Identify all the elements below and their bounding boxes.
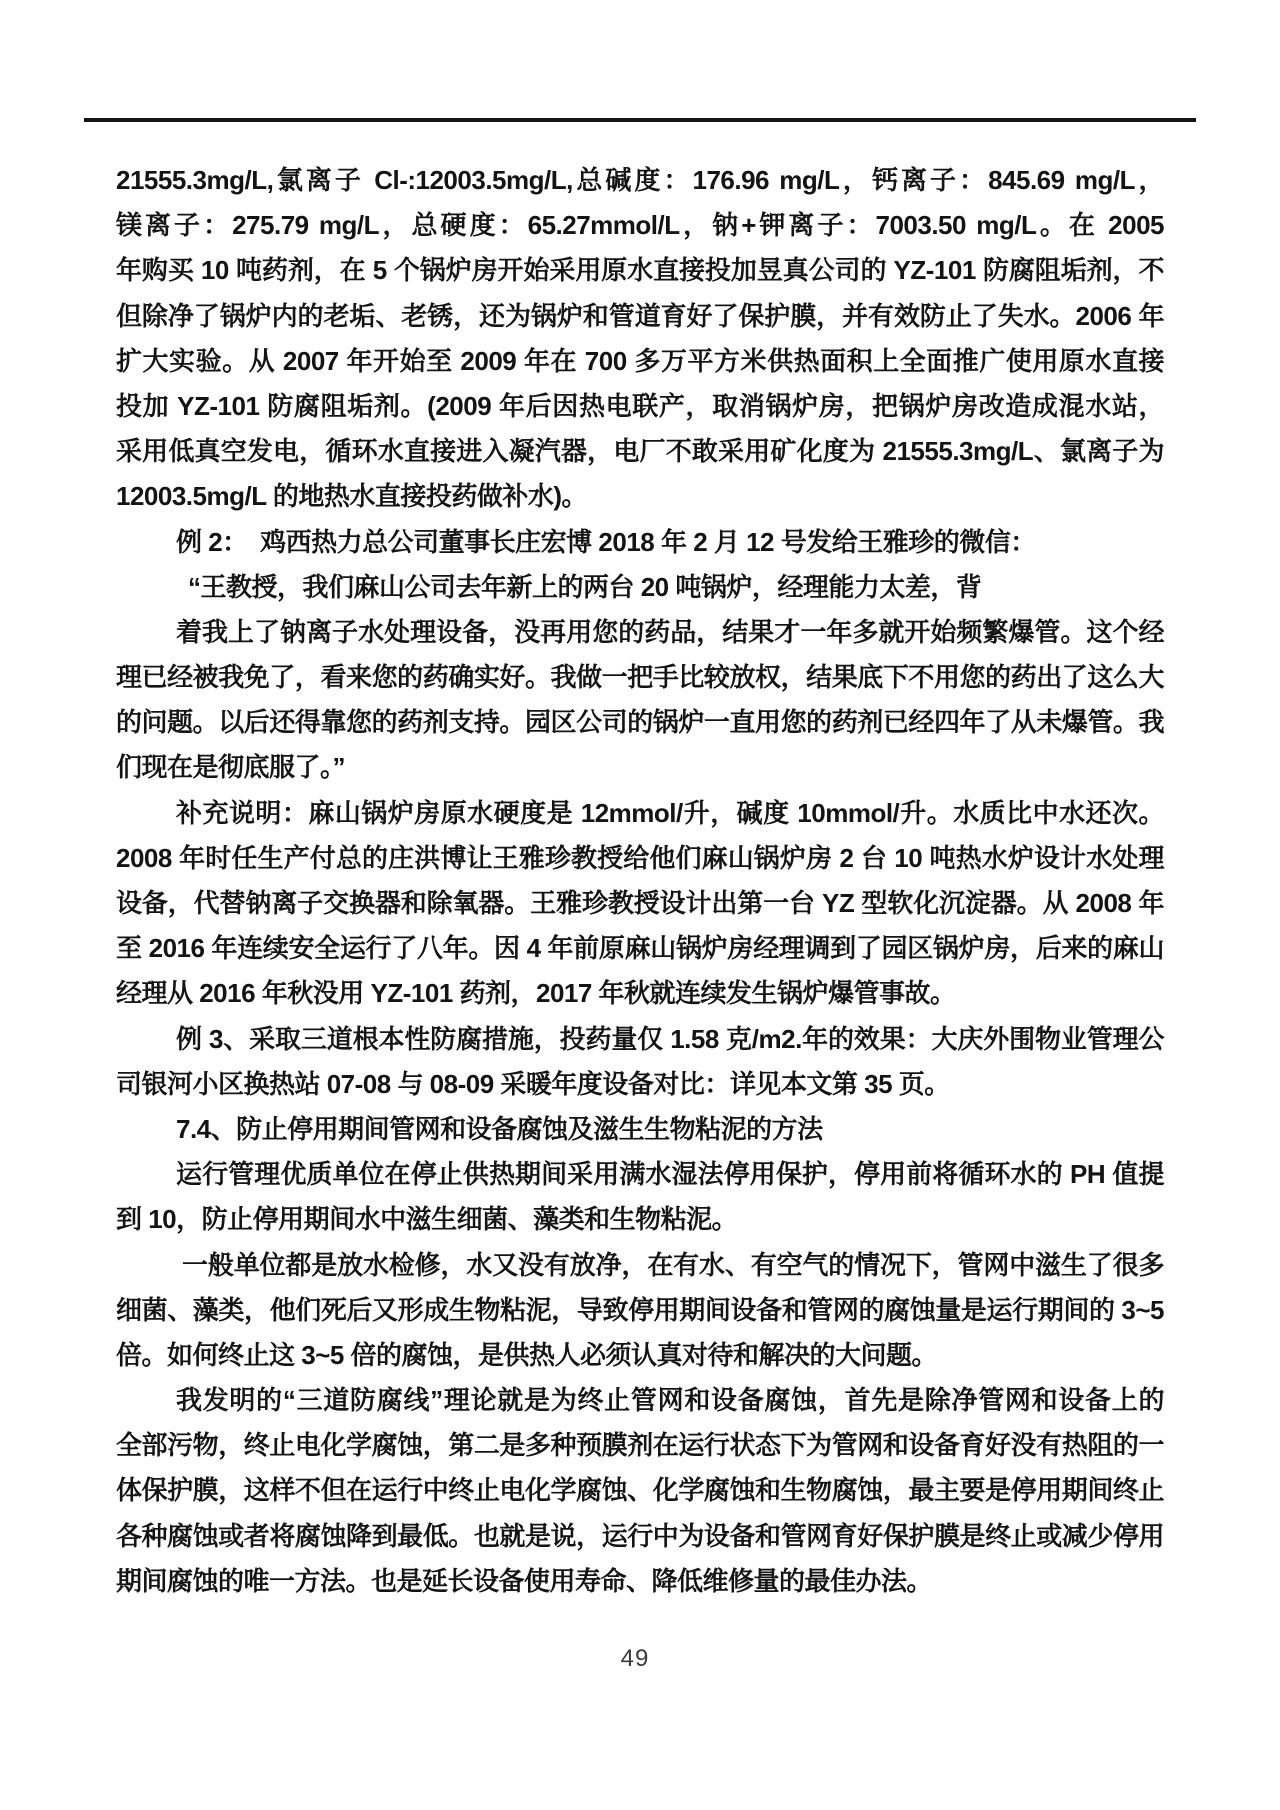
text-line-30: 体保护膜，这样不但在运行中终止电化学腐蚀、化学腐蚀和生物腐蚀，最主要是停用期间终… xyxy=(116,1468,1164,1513)
text-line-27: 倍。如何终止这 3~5 倍的腐蚀，是供热人必须认真对待和解决的大问题。 xyxy=(116,1333,1164,1378)
text-line-28: 我发明的“三道防腐线”理论就是为终止管网和设备腐蚀，首先是除净管网和设备上的 xyxy=(116,1378,1164,1423)
text-line-6: 投加 YZ-101 防腐阻垢剂。(2009 年后因热电联产，取消锅炉房，把锅炉房… xyxy=(116,384,1164,429)
text-line-14: 们现在是彻底服了。” xyxy=(116,745,1164,790)
text-line-26: 细菌、藻类，他们死后又形成生物粘泥，导致停用期间设备和管网的腐蚀量是运行期间的 … xyxy=(116,1288,1164,1333)
text-line-10: “王教授，我们麻山公司去年新上的两台 20 吨锅炉，经理能力太差，背 xyxy=(116,565,1164,610)
text-line-22: 7.4、防止停用期间管网和设备腐蚀及滋生生物粘泥的方法 xyxy=(116,1107,1164,1152)
text-line-5: 扩大实验。从 2007 年开始至 2009 年在 700 多万平方米供热面积上全… xyxy=(116,339,1164,384)
text-line-24: 到 10，防止停用期间水中滋生细菌、藻类和生物粘泥。 xyxy=(116,1197,1164,1242)
text-line-1: 21555.3mg/L,氯离子 Cl-:12003.5mg/L,总碱度：176.… xyxy=(116,158,1164,203)
text-line-15: 补充说明：麻山锅炉房原水硬度是 12mmol/升，碱度 10mmol/升。水质比… xyxy=(116,791,1164,836)
text-line-31: 各种腐蚀或者将腐蚀降到最低。也就是说，运行中为设备和管网育好保护膜是终止或减少停… xyxy=(116,1514,1164,1559)
text-line-17: 设备，代替钠离子交换器和除氧器。王雅珍教授设计出第一台 YZ 型软化沉淀器。从 … xyxy=(116,881,1164,926)
body-text: 21555.3mg/L,氯离子 Cl-:12003.5mg/L,总碱度：176.… xyxy=(116,158,1164,1604)
text-line-3: 年购买 10 吨药剂，在 5 个锅炉房开始采用原水直接投加昱真公司的 YZ-10… xyxy=(116,248,1164,293)
page-number: 49 xyxy=(0,1645,1270,1673)
text-line-25: 一般单位都是放水检修，水又没有放净，在有水、有空气的情况下，管网中滋生了很多 xyxy=(116,1243,1164,1288)
text-line-8: 12003.5mg/L 的地热水直接投药做补水)。 xyxy=(116,474,1164,519)
header-rule xyxy=(84,118,1196,122)
text-line-2: 镁离子：275.79 mg/L，总硬度：65.27mmol/L，钠+钾离子：70… xyxy=(116,203,1164,248)
text-line-20: 例 3、采取三道根本性防腐措施，投药量仅 1.58 克/m2.年的效果：大庆外围… xyxy=(116,1017,1164,1062)
text-line-29: 全部污物，终止电化学腐蚀，第二是多种预膜剂在运行状态下为管网和设备育好没有热阻的… xyxy=(116,1423,1164,1468)
text-line-4: 但除净了锅炉内的老垢、老锈，还为锅炉和管道育好了保护膜，并有效防止了失水。200… xyxy=(116,294,1164,339)
text-line-19: 经理从 2016 年秋没用 YZ-101 药剂，2017 年秋就连续发生锅炉爆管… xyxy=(116,971,1164,1016)
text-line-11: 着我上了钠离子水处理设备，没再用您的药品，结果才一年多就开始频繁爆管。这个经 xyxy=(116,610,1164,655)
text-line-18: 至 2016 年连续安全运行了八年。因 4 年前原麻山锅炉房经理调到了园区锅炉房… xyxy=(116,926,1164,971)
document-page: 21555.3mg/L,氯离子 Cl-:12003.5mg/L,总碱度：176.… xyxy=(0,0,1280,1810)
text-line-21: 司银河小区换热站 07-08 与 08-09 采暖年度设备对比：详见本文第 35… xyxy=(116,1062,1164,1107)
text-line-9: 例 2： 鸡西热力总公司董事长庄宏博 2018 年 2 月 12 号发给王雅珍的… xyxy=(116,520,1164,565)
text-line-13: 的问题。以后还得靠您的药剂支持。园区公司的锅炉一直用您的药剂已经四年了从未爆管。… xyxy=(116,700,1164,745)
text-line-32: 期间腐蚀的唯一方法。也是延长设备使用寿命、降低维修量的最佳办法。 xyxy=(116,1559,1164,1604)
text-line-7: 采用低真空发电，循环水直接进入凝汽器，电厂不敢采用矿化度为 21555.3mg/… xyxy=(116,429,1164,474)
text-line-12: 理已经被我免了，看来您的药确实好。我做一把手比较放权，结果底下不用您的药出了这么… xyxy=(116,655,1164,700)
text-line-16: 2008 年时任生产付总的庄洪博让王雅珍教授给他们麻山锅炉房 2 台 10 吨热… xyxy=(116,836,1164,881)
text-line-23: 运行管理优质单位在停止供热期间采用满水湿法停用保护，停用前将循环水的 PH 值提 xyxy=(116,1152,1164,1197)
